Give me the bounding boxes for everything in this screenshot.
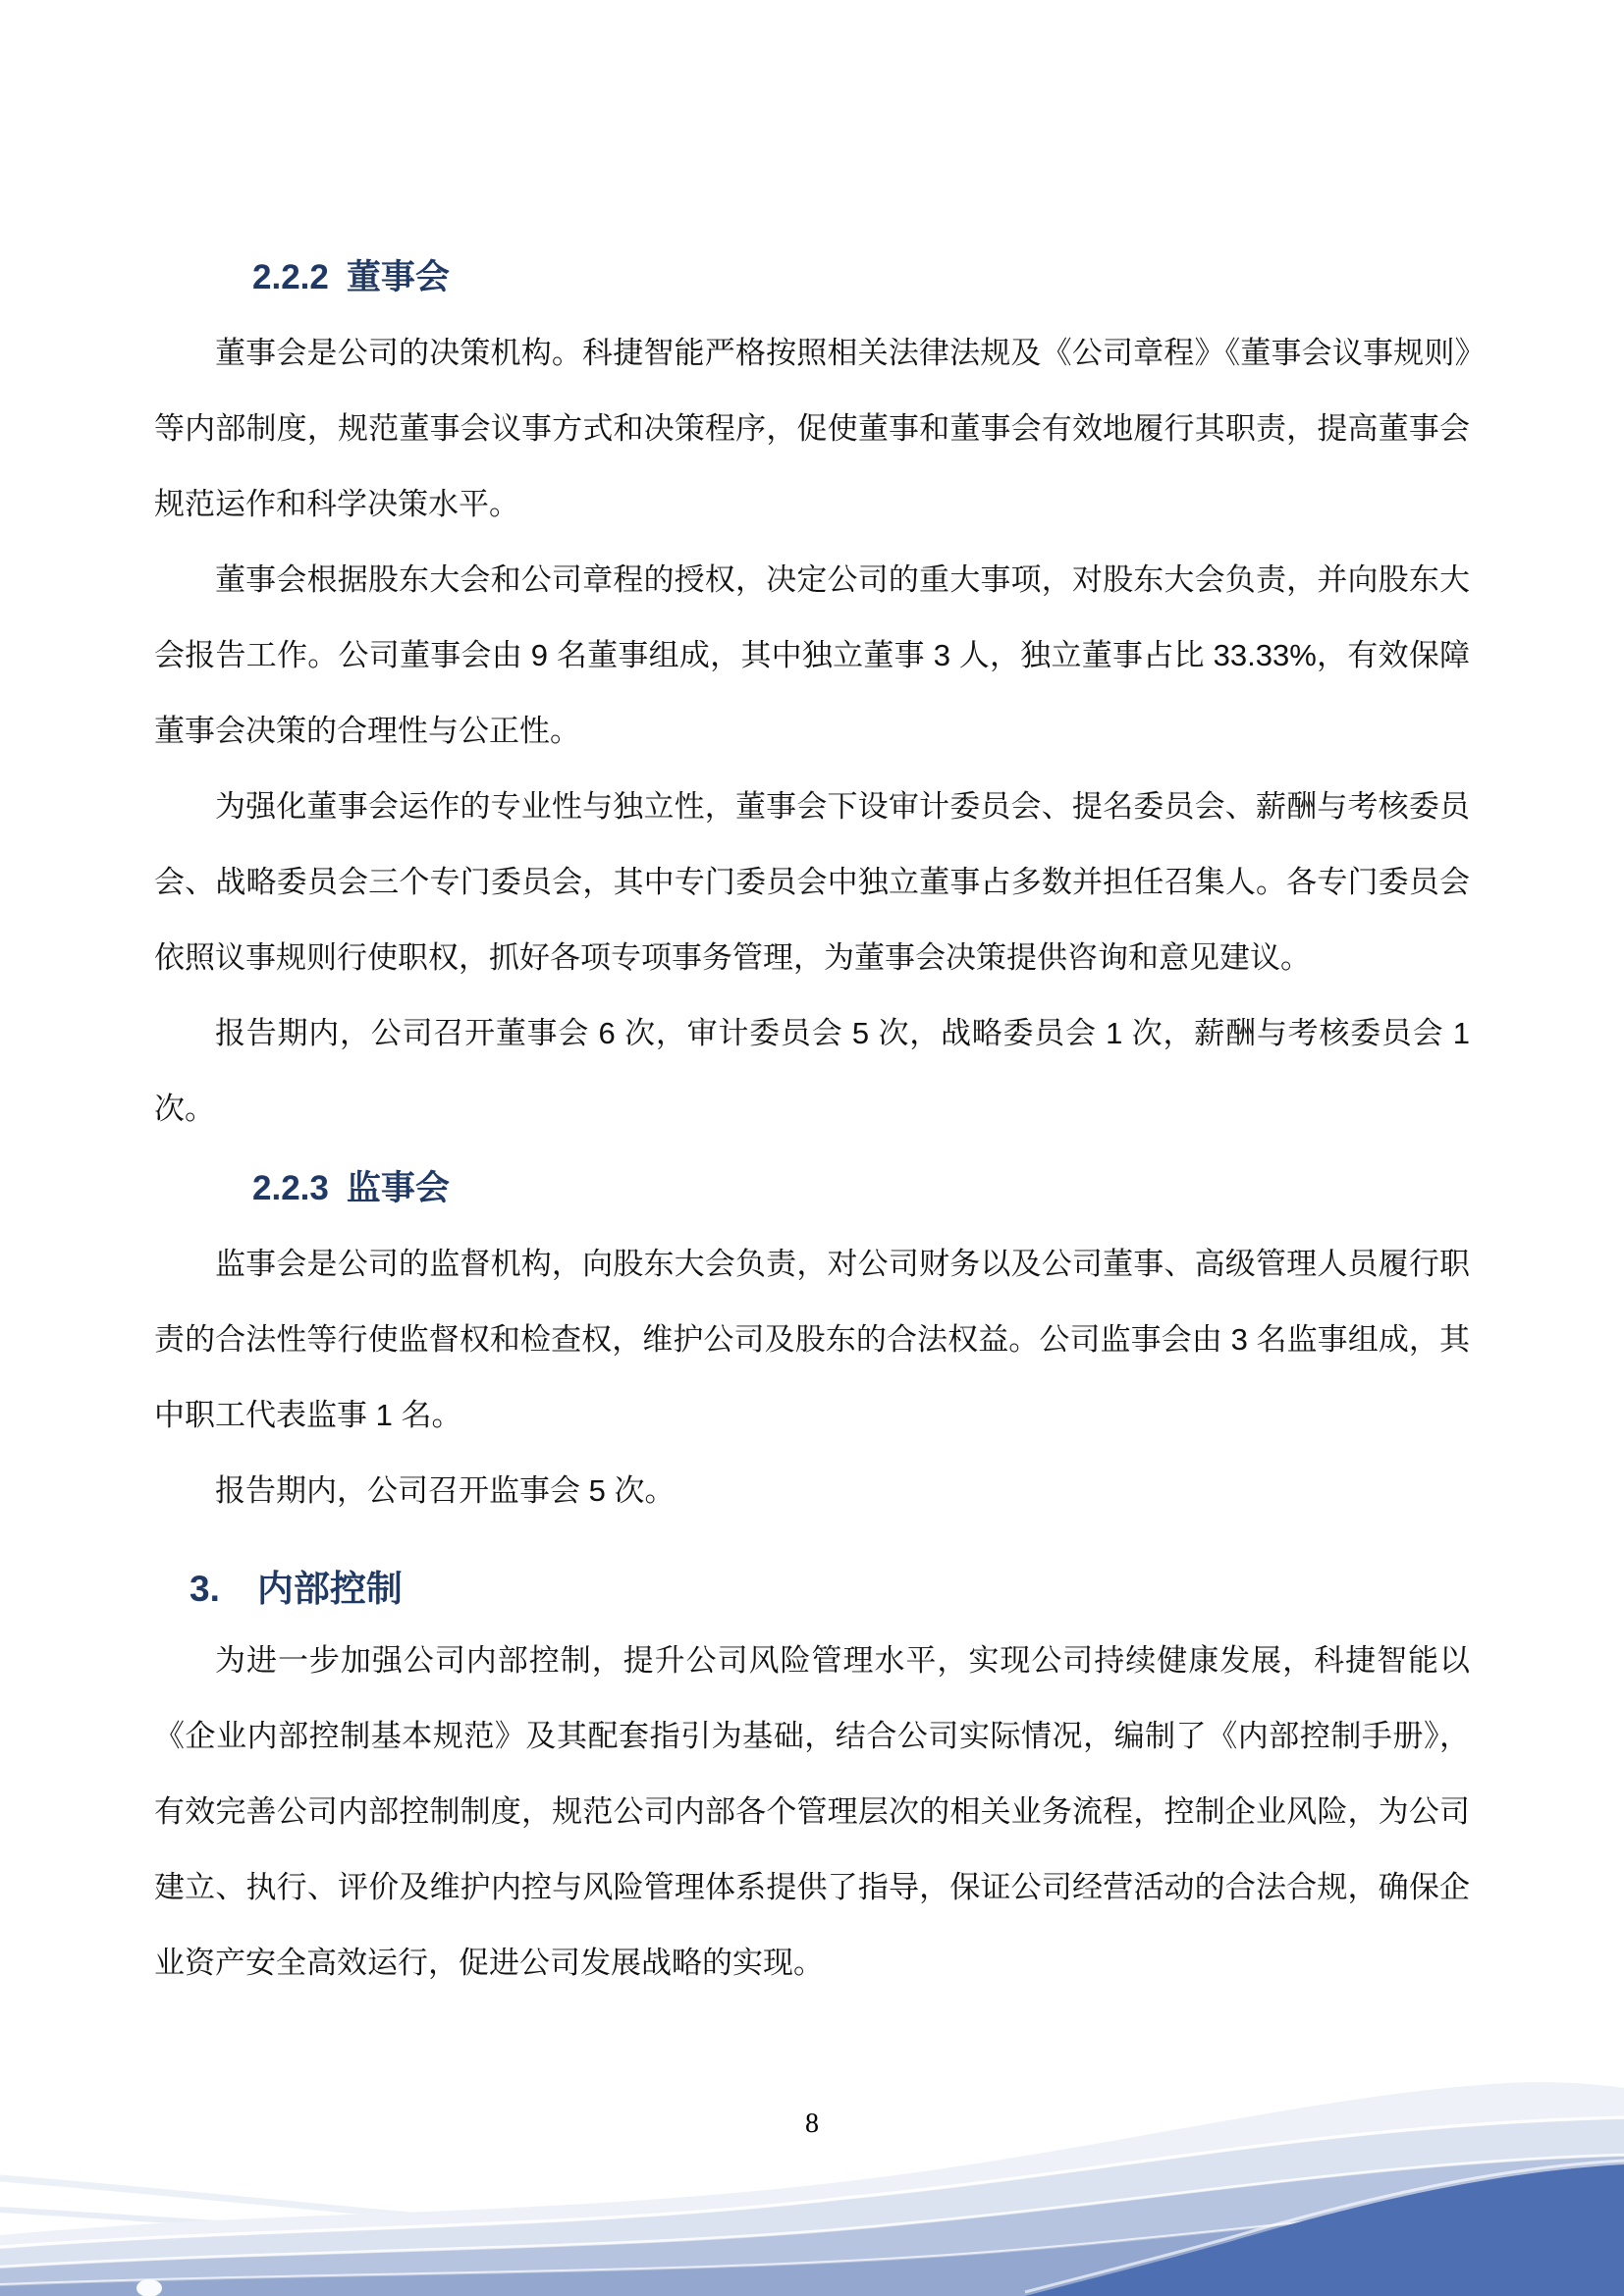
paragraph-board-committees: 为强化董事会运作的专业性与独立性，董事会下设审计委员会、提名委员会、薪酬与考核委… (154, 769, 1470, 995)
section-heading-2-2-2: 2.2.2 董事会 (252, 257, 1470, 298)
paragraph-board-composition: 董事会根据股东大会和公司章程的授权，决定公司的重大事项，对股东大会负责，并向股东… (154, 542, 1470, 769)
heading-title: 董事会 (347, 257, 450, 298)
paragraph-board-meetings: 报告期内，公司召开董事会 6 次，审计委员会 5 次，战略委员会 1 次，薪酬与… (154, 995, 1470, 1147)
document-content: 2.2.2 董事会 董事会是公司的决策机构。科捷智能严格按照相关法律法规及《公司… (154, 0, 1470, 2001)
section-heading-3: 3. 内部控制 (189, 1568, 1470, 1611)
paragraph-board-intro: 董事会是公司的决策机构。科捷智能严格按照相关法律法规及《公司章程》《董事会议事规… (154, 315, 1470, 542)
heading-title: 内部控制 (257, 1568, 403, 1611)
footer-wave-decoration (0, 1982, 1624, 2296)
paragraph-supervisory-meetings: 报告期内，公司召开监事会 5 次。 (154, 1453, 1470, 1528)
paragraph-supervisory-board: 监事会是公司的监督机构，向股东大会负责，对公司财务以及公司董事、高级管理人员履行… (154, 1226, 1470, 1453)
heading-number: 2.2.3 (252, 1168, 329, 1209)
heading-number: 2.2.2 (252, 257, 329, 298)
heading-title: 监事会 (347, 1168, 450, 1209)
section-heading-2-2-3: 2.2.3 监事会 (252, 1168, 1470, 1209)
heading-number: 3. (189, 1568, 220, 1611)
document-page: 2.2.2 董事会 董事会是公司的决策机构。科捷智能严格按照相关法律法规及《公司… (0, 0, 1624, 2296)
paragraph-internal-control: 为进一步加强公司内部控制，提升公司风险管理水平，实现公司持续健康发展，科捷智能以… (154, 1623, 1470, 2001)
